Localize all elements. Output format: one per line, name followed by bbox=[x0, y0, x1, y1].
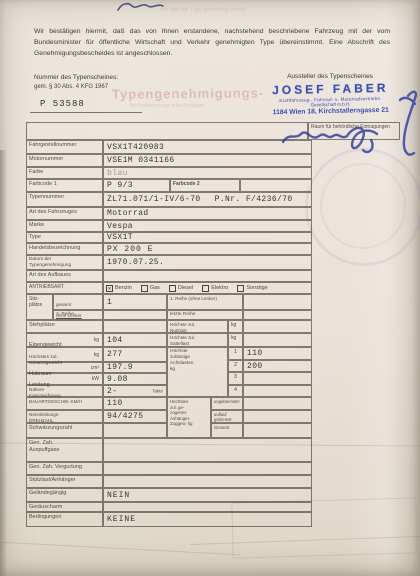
row-value bbox=[243, 333, 312, 347]
row-value: 110 bbox=[103, 397, 167, 410]
unit-kg: kg bbox=[228, 320, 243, 333]
typenschein-document: mit dem die Type genehmigt wurde Typenge… bbox=[0, 0, 420, 576]
row-value bbox=[103, 462, 312, 475]
row-label: Datum der Typengenehmigung bbox=[26, 255, 103, 270]
unit-kg: kg bbox=[94, 351, 99, 357]
typenschein-number-label: Nummer des Typenscheines: bbox=[34, 74, 118, 81]
trailer-value bbox=[243, 410, 312, 423]
row-value: Vespa bbox=[103, 220, 312, 232]
row-value: 104 bbox=[103, 333, 167, 347]
seats-r1-right-value bbox=[243, 294, 312, 310]
trailer-sub-label: auflauf gebremst bbox=[211, 410, 243, 423]
row-value bbox=[103, 438, 312, 462]
row-label: Art des Fahrzeuges bbox=[26, 207, 103, 220]
seats-r1-label: gesamt ohne Lenker bbox=[53, 294, 103, 310]
watermark-title: Typengenehmigungs- bbox=[112, 85, 264, 101]
row-label: Typennummer bbox=[26, 192, 103, 207]
watermark-top-line: mit dem die Type genehmigt wurde bbox=[160, 7, 246, 13]
row-value bbox=[240, 179, 312, 192]
p-number: P.Nr. F/4236/70 bbox=[215, 195, 293, 204]
row-label: Stützlast/Anhänger bbox=[26, 475, 103, 488]
row-label: Höchstes zul. Gesamtgewicht kg bbox=[26, 347, 103, 362]
axle-number: 3 bbox=[228, 372, 243, 385]
faint-round-stamp-icon bbox=[320, 163, 406, 249]
row-label: Farbe bbox=[26, 167, 103, 179]
row-value: 9.08 bbox=[103, 373, 167, 385]
checkbox-diesel bbox=[169, 285, 176, 292]
row-value bbox=[243, 320, 312, 333]
row-label: Eigengewicht kg bbox=[26, 333, 103, 347]
unit-kw: kW bbox=[92, 376, 99, 382]
row-label: Motornummer bbox=[26, 154, 103, 167]
axle-number: 1 bbox=[228, 347, 243, 360]
row-label: Nähere Kennzeichnung bbox=[26, 385, 103, 397]
row-label: Höchste zul. Sattellast bbox=[167, 333, 228, 347]
row-label: Fahrgestellnummer bbox=[26, 140, 103, 154]
trailer-sub-label: ungebremster bbox=[211, 397, 243, 410]
row-label: Marke bbox=[26, 220, 103, 232]
row-label: Art des Aufbaues bbox=[26, 270, 103, 282]
axle-value: 200 bbox=[243, 360, 312, 372]
checkbox-option: Sonstige bbox=[237, 285, 267, 292]
trailer-weight-label: Höchstes zul. ge- zogenes Anhänger- Zugg… bbox=[167, 397, 211, 438]
seats-r2-right-label: letzte Reihe bbox=[167, 310, 243, 320]
trailer-sub-label: Gesamt bbox=[211, 423, 243, 438]
row-label: Geländegängig bbox=[26, 488, 103, 502]
row-value: 2- Takte bbox=[103, 385, 167, 397]
drive-type-label: ANTRIEBSART bbox=[26, 282, 103, 294]
trailer-value bbox=[243, 423, 312, 438]
checkbox-option: Diesel bbox=[169, 285, 193, 292]
row-label: Farbcode 2 bbox=[170, 179, 240, 192]
row-value bbox=[103, 270, 312, 282]
axle-number: 2 bbox=[228, 360, 243, 372]
seats-r2-value bbox=[103, 310, 167, 320]
row-value: 197.9 bbox=[103, 362, 167, 373]
handwritten-scribble-icon bbox=[112, 0, 167, 14]
row-label: Gen. Zah. Vergurtung bbox=[26, 462, 103, 475]
seats-r1-right-label: 1. Reihe (ohne Lenker) bbox=[167, 294, 243, 310]
row-value: 1970.07.25. bbox=[103, 255, 312, 270]
row-value bbox=[103, 475, 312, 488]
row-label: Hubraum cm³ bbox=[26, 362, 103, 373]
row-value: 277 bbox=[103, 347, 167, 362]
official-box-empty bbox=[26, 122, 308, 140]
row-label: Höchste zul. Nutzlast bbox=[167, 320, 228, 333]
row-label: Bedingungen bbox=[26, 512, 103, 527]
checkbox-option: Gas bbox=[141, 285, 160, 292]
underline bbox=[30, 112, 142, 113]
axle-value bbox=[243, 372, 312, 385]
checkbox-option: ✕ Benzin bbox=[106, 285, 132, 292]
seats-group-label: Sitz- plätze bbox=[26, 294, 53, 320]
seats-r2-label: 2. Reihe bbox=[53, 310, 103, 320]
checkbox-option: Elektro bbox=[202, 285, 228, 292]
checkbox-gas bbox=[141, 285, 148, 292]
trailer-value bbox=[243, 397, 312, 410]
row-label: Stehplätze bbox=[26, 320, 103, 333]
unit-kg: kg bbox=[228, 333, 243, 347]
issuer-label: Aussteller des Typenscheines bbox=[245, 73, 415, 80]
row-value: Motorrad bbox=[103, 207, 312, 220]
row-value-note: Takte bbox=[152, 389, 163, 394]
row-label: Geräuscharm bbox=[26, 502, 103, 512]
unit-ccm: cm³ bbox=[91, 364, 99, 370]
watermark-subtitle: für Kraftfahrzeuge oder Anhänger bbox=[130, 103, 204, 109]
scan-shadow-left bbox=[0, 150, 7, 576]
row-label: Gen. Zah. Auspuffgase bbox=[26, 438, 103, 462]
seats-r1-value: 1 bbox=[103, 294, 167, 310]
drive-type-options: ✕ Benzin Gas Diesel Elektro Sonstige bbox=[103, 282, 312, 294]
row-label: Handelsbezeichnung bbox=[26, 243, 103, 255]
row-value: ZL71.071/1-IV/6-70 P.Nr. F/4236/70 bbox=[103, 192, 312, 207]
type-approval-number: ZL71.071/1-IV/6-70 bbox=[107, 195, 201, 204]
seats-r2-right-value bbox=[243, 310, 312, 320]
typenschein-number-value: P 53588 bbox=[40, 99, 85, 109]
row-label: Nennleistungs- DREHZAHL bbox=[26, 410, 103, 423]
row-value bbox=[103, 423, 167, 438]
intro-paragraph: Wir bestätigen hiermit, daß das von Ihne… bbox=[34, 27, 390, 60]
row-value: P 9/3 bbox=[103, 179, 170, 192]
row-value bbox=[103, 320, 167, 333]
axle-value bbox=[243, 385, 312, 397]
row-value: 94/4275 bbox=[103, 410, 167, 423]
row-value bbox=[103, 502, 312, 512]
row-label: Leistung kW bbox=[26, 373, 103, 385]
checkbox-benzin: ✕ bbox=[106, 285, 113, 292]
row-label: BAUARTGESCHW. KM/H bbox=[26, 397, 103, 410]
row-value: NEIN bbox=[103, 488, 312, 502]
axle-value: 110 bbox=[243, 347, 312, 360]
row-label: Schwärzungszahl bbox=[26, 423, 103, 438]
axle-number: 4 bbox=[228, 385, 243, 397]
row-value: KEINE bbox=[103, 512, 312, 527]
unit-kg: kg bbox=[94, 337, 99, 343]
row-label: Type bbox=[26, 232, 103, 243]
row-value: PX 200 E bbox=[103, 243, 312, 255]
checkbox-elektro bbox=[202, 285, 209, 292]
checkbox-sonstige bbox=[237, 285, 244, 292]
signature-ink bbox=[275, 88, 420, 170]
typenschein-number-sub: gem. § 30 Abs. 4 KFG 1967 bbox=[34, 84, 108, 90]
axle-loads-label: Höchste zulässige Achslasten kg bbox=[167, 347, 228, 397]
row-value: VSX1T bbox=[103, 232, 312, 243]
row-label: Farbcode 1 bbox=[26, 179, 103, 192]
